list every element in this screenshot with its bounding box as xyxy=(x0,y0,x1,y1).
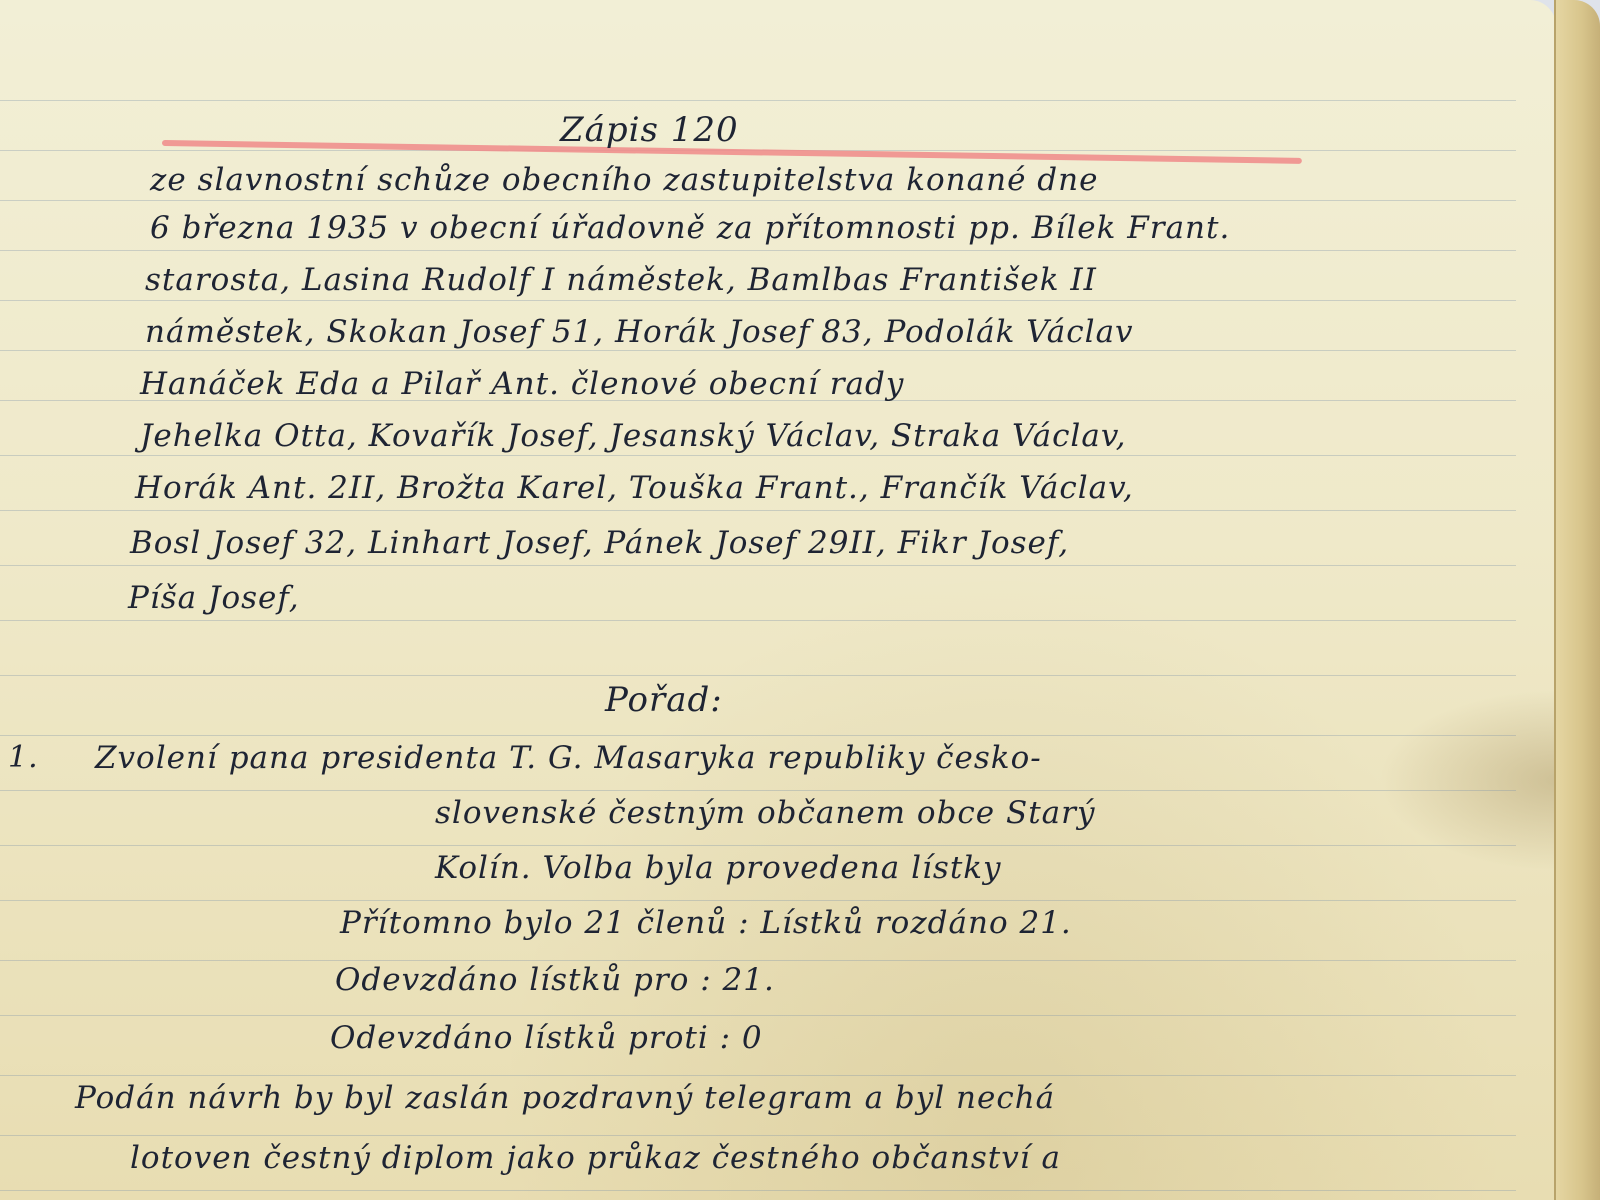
vote-line-against: Odevzdáno lístků proti : 0 xyxy=(330,1020,763,1056)
ruled-line xyxy=(0,565,1516,566)
ruled-line xyxy=(0,900,1516,901)
notebook-page: Zápis 120 ze slavnostní schůze obecního … xyxy=(0,0,1556,1200)
ruled-line xyxy=(0,455,1516,456)
ruled-line xyxy=(0,1075,1516,1076)
header-line: Horák Ant. 2II, Brožta Karel, Touška Fra… xyxy=(135,470,1134,506)
vote-line-present: Přítomno bylo 21 členů : Lístků rozdáno … xyxy=(340,905,1072,941)
ruled-line xyxy=(0,510,1516,511)
record-title: Zápis 120 xyxy=(560,110,739,150)
ruled-line xyxy=(0,100,1516,101)
ruled-line xyxy=(0,300,1516,301)
ruled-line xyxy=(0,620,1516,621)
header-line: Píša Josef, xyxy=(128,580,300,616)
header-line: náměstek, Skokan Josef 51, Horák Josef 8… xyxy=(145,314,1134,350)
header-line: Bosl Josef 32, Linhart Josef, Pánek Jose… xyxy=(130,525,1069,561)
header-line: ze slavnostní schůze obecního zastupitel… xyxy=(150,162,1098,198)
agenda-item-number: 1. xyxy=(8,740,39,775)
header-line: 6 března 1935 v obecní úřadovně za příto… xyxy=(150,210,1230,246)
ruled-line xyxy=(0,845,1516,846)
ruled-line xyxy=(0,735,1516,736)
ruled-line xyxy=(0,250,1516,251)
agenda-item-line: Zvolení pana presidenta T. G. Masaryka r… xyxy=(95,740,1042,776)
ruled-line xyxy=(0,675,1516,676)
page-edge xyxy=(1554,0,1600,1200)
agenda-item-line: slovenské čestným občanem obce Starý xyxy=(435,795,1096,831)
header-line: Jehelka Otta, Kovařík Josef, Jesanský Vá… xyxy=(140,418,1127,454)
header-line: starosta, Lasina Rudolf I náměstek, Baml… xyxy=(145,262,1097,298)
vote-line-for: Odevzdáno lístků pro : 21. xyxy=(335,962,775,998)
ruled-line xyxy=(0,350,1516,351)
ruled-line xyxy=(0,1190,1516,1191)
ruled-line xyxy=(0,1015,1516,1016)
ruled-line xyxy=(0,200,1516,201)
ruled-line xyxy=(0,960,1516,961)
closing-line: lotoven čestný diplom jako průkaz čestné… xyxy=(130,1140,1061,1176)
ruled-line xyxy=(0,1135,1516,1136)
closing-line: Podán návrh by byl zaslán pozdravný tele… xyxy=(75,1080,1055,1116)
agenda-item-line: Kolín. Volba byla provedena lístky xyxy=(435,850,1002,886)
header-line: Hanáček Eda a Pilař Ant. členové obecní … xyxy=(140,366,904,402)
agenda-heading: Pořad: xyxy=(605,680,723,720)
ruled-line xyxy=(0,790,1516,791)
